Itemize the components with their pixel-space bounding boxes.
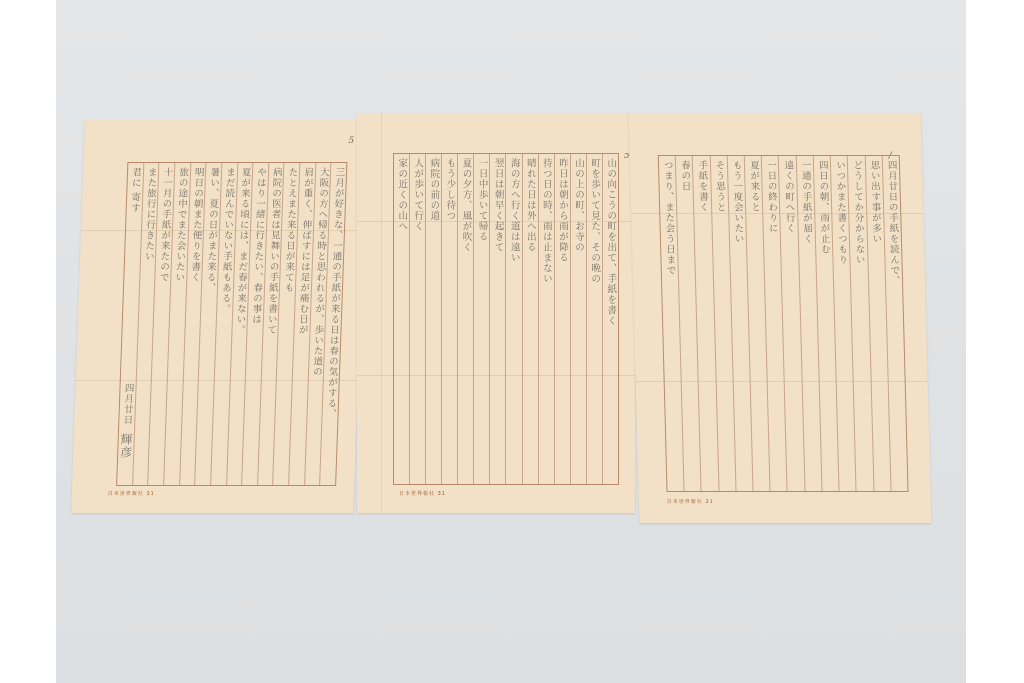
manuscript-grid: 三月が好きな、一通の手紙が来る日は春の気がする、 大阪の方へ帰る時と思われるが、… bbox=[116, 162, 347, 486]
paper-imprint: 日本世界報社 31 bbox=[399, 490, 446, 497]
letter-date: 四月廿日 bbox=[122, 383, 133, 425]
manuscript-page-left: 5 三月が好きな、一通の手紙が来る日は春の気がする、 大阪の方へ帰る時と思われる… bbox=[71, 120, 367, 513]
manuscript-page-middle: ɔ 山の向こうの町を出て、手紙を書く 町を歩いて見た、その晩の 山の上の町、お寺… bbox=[357, 113, 635, 513]
text-column: もう少し待つ bbox=[441, 154, 457, 484]
text-column: 翌日は朝早く起きて bbox=[489, 154, 505, 484]
paper-imprint: 日本世界報社 31 bbox=[667, 498, 714, 505]
letter-signature: 輝彦 bbox=[119, 433, 132, 459]
page-number: 5 bbox=[348, 136, 354, 146]
page-number: ɔ bbox=[624, 151, 629, 161]
text-column: 海の方へ行く道は遠い bbox=[505, 154, 521, 484]
text-column: 夏の夕方、風が吹く bbox=[457, 154, 473, 484]
text-column: 昨日は朝から雨が降る bbox=[554, 154, 570, 484]
text-column: 家の近くの山へ bbox=[394, 154, 409, 484]
paper-imprint: 日本世界報社 31 bbox=[108, 490, 155, 497]
text-column: 町を歩いて見た、その晩の bbox=[586, 154, 602, 484]
text-column: 山の上の町、お寺の bbox=[570, 154, 586, 484]
fold-line bbox=[381, 113, 382, 513]
text-column: 一日中歩いて帰る bbox=[473, 154, 489, 484]
text-column: 人が歩いて行く bbox=[409, 154, 425, 484]
manuscript-page-right: / 四月廿日の手紙を読んで、 思い出す事が多い どうしてか分からない いつかまた… bbox=[629, 113, 932, 523]
manuscript-grid: 山の向こうの町を出て、手紙を書く 町を歩いて見た、その晩の 山の上の町、お寺の … bbox=[393, 153, 619, 485]
text-column: 待つ日の時、雨は止まない bbox=[538, 154, 554, 484]
text-column: 病院の前の道 bbox=[425, 154, 441, 484]
text-column: 晴れた日は外へ出る bbox=[522, 154, 538, 484]
manuscript-grid: 四月廿日の手紙を読んで、 思い出す事が多い どうしてか分からない いつかまた書く… bbox=[658, 155, 909, 492]
text-column: 山の向こうの町を出て、手紙を書く bbox=[602, 154, 618, 484]
